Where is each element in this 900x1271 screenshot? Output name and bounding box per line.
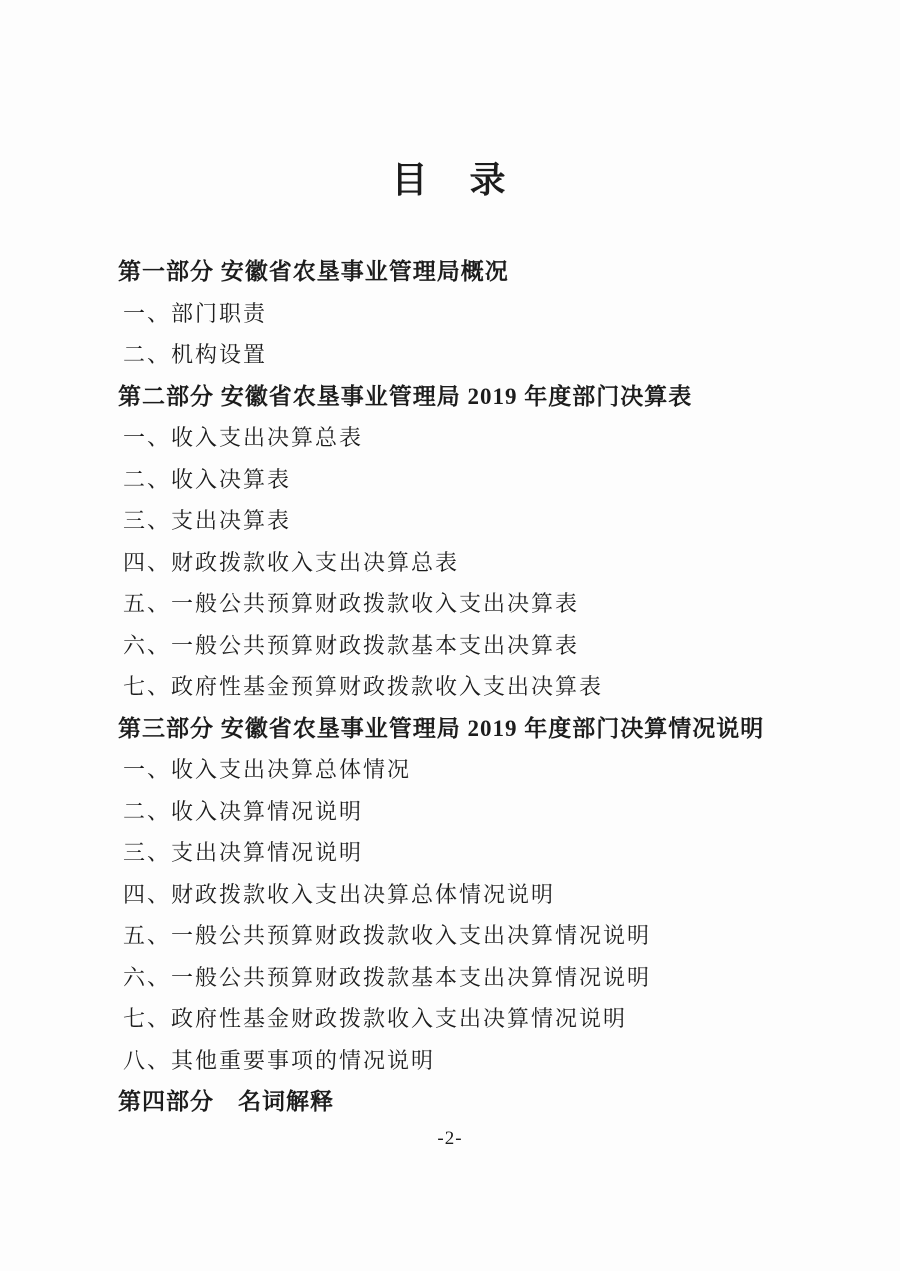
toc-part-heading: 第一部分 安徽省农垦事业管理局概况 <box>118 251 830 293</box>
toc-part-heading: 第三部分 安徽省农垦事业管理局 2019 年度部门决算情况说明 <box>118 708 830 750</box>
toc-item: 二、收入决算表 <box>118 459 830 501</box>
toc-item: 七、政府性基金财政拨款收入支出决算情况说明 <box>118 998 830 1040</box>
toc-item: 五、一般公共预算财政拨款收入支出决算情况说明 <box>118 915 830 957</box>
toc-part-heading: 第二部分 安徽省农垦事业管理局 2019 年度部门决算表 <box>118 376 830 418</box>
toc-item: 六、一般公共预算财政拨款基本支出决算情况说明 <box>118 957 830 999</box>
toc-item: 二、机构设置 <box>118 334 830 376</box>
toc-item: 二、收入决算情况说明 <box>118 791 830 833</box>
toc-item: 五、一般公共预算财政拨款收入支出决算表 <box>118 583 830 625</box>
toc-item: 七、政府性基金预算财政拨款收入支出决算表 <box>118 666 830 708</box>
toc-list: 第一部分 安徽省农垦事业管理局概况一、部门职责二、机构设置第二部分 安徽省农垦事… <box>0 251 900 1123</box>
toc-item: 一、收入支出决算总体情况 <box>118 749 830 791</box>
toc-item: 三、支出决算表 <box>118 500 830 542</box>
toc-item: 四、财政拨款收入支出决算总表 <box>118 542 830 584</box>
toc-item: 三、支出决算情况说明 <box>118 832 830 874</box>
toc-item: 八、其他重要事项的情况说明 <box>118 1040 830 1082</box>
toc-item: 六、一般公共预算财政拨款基本支出决算表 <box>118 625 830 667</box>
document-page: 目 录 第一部分 安徽省农垦事业管理局概况一、部门职责二、机构设置第二部分 安徽… <box>0 0 900 1271</box>
toc-item: 四、财政拨款收入支出决算总体情况说明 <box>118 874 830 916</box>
toc-item: 一、收入支出决算总表 <box>118 417 830 459</box>
toc-part-heading: 第四部分 名词解释 <box>118 1081 830 1123</box>
page-title: 目 录 <box>0 0 900 202</box>
page-number: -2- <box>0 1126 900 1152</box>
toc-item: 一、部门职责 <box>118 293 830 335</box>
